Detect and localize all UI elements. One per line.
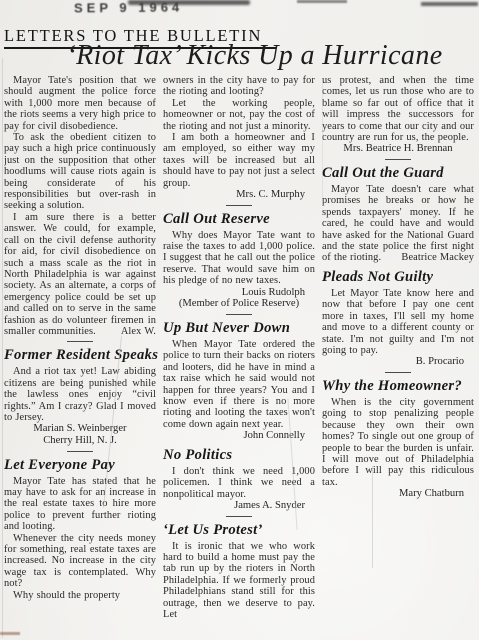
section-divider (385, 372, 411, 373)
letter-heading: Why the Homeowner? (322, 378, 474, 395)
section-divider (385, 159, 411, 160)
signature: James A. Snyder (163, 500, 315, 512)
section-divider (67, 341, 93, 342)
signature: Louis Rudolph (163, 287, 315, 299)
signature: (Member of Police Reserve) (163, 298, 315, 310)
section-divider (67, 451, 93, 452)
date-stamp: SEP 9 1964 (74, 0, 183, 15)
letter-paragraph: I am both a homeowner and I am employed,… (163, 132, 315, 189)
letter-paragraph: Mayor Tate's position that we should aug… (4, 75, 156, 132)
letter-paragraph: Why does Mayor Tate want to raise the ta… (163, 230, 315, 287)
ink-smudge (297, 0, 347, 3)
section-divider (226, 205, 252, 206)
signature: John Connelly (163, 430, 315, 442)
letter-paragraph: Let the working people, homeowner or not… (163, 98, 315, 132)
column-1: Mayor Tate's position that we should aug… (4, 75, 156, 620)
section-divider (226, 314, 252, 315)
signature: Mary Chatburn (322, 488, 474, 500)
letter-paragraph: Why should the property (4, 590, 156, 601)
letter-paragraph: When is the city government going to sto… (322, 397, 474, 488)
letter-paragraph: To ask the obedient citizen to pay such … (4, 132, 156, 212)
letter-heading: Former Resident Speaks (4, 347, 156, 364)
letter-paragraph: Whenever the city needs money for someth… (4, 533, 156, 590)
signature: Marian S. Weinberger (4, 423, 156, 435)
letter-paragraph: It is ironic that we who work hard to bu… (163, 541, 315, 621)
crease-mark (372, 466, 373, 568)
signature: Mrs. C. Murphy (163, 189, 315, 201)
columns: Mayor Tate's position that we should aug… (4, 75, 475, 620)
signature: Cherry Hill, N. J. (4, 435, 156, 447)
letter-heading: Call Out Reserve (163, 211, 315, 228)
letter-heading: Up But Never Down (163, 320, 315, 337)
letter-paragraph: us protest, and when the time comes, let… (322, 75, 474, 143)
letter-heading: ‘Let Us Protest’ (163, 522, 315, 539)
newspaper-clipping: SEP 9 1964 LETTERS TO THE BULLETIN ‘Riot… (0, 0, 479, 640)
stain-mark (0, 632, 20, 635)
column-3: us protest, and when the time comes, let… (322, 75, 474, 620)
ink-smudge (421, 2, 478, 6)
letter-paragraph: When Mayor Tate ordered the police to tu… (163, 339, 315, 430)
crease-mark (322, 80, 323, 198)
headline: ‘Riot Tax’ Kicks Up a Hurricane (30, 40, 479, 72)
letter-paragraph: I am sure there is a better answer. We c… (4, 212, 156, 337)
signature: Alex W. (108, 326, 156, 337)
letter-paragraph: Mayor Tate doesn't care what promises he… (322, 184, 474, 264)
signature: B. Procario (322, 356, 474, 368)
signature: Mrs. Beatrice H. Brennan (322, 143, 474, 155)
letter-heading: Pleads Not Guilty (322, 269, 474, 286)
letter-paragraph: And a riot tax yet! Law abiding citizens… (4, 366, 156, 423)
letter-heading: Let Everyone Pay (4, 457, 156, 474)
section-divider (226, 516, 252, 517)
letter-heading: Call Out the Guard (322, 165, 474, 182)
letter-paragraph: owners in the city have to pay for the r… (163, 75, 315, 98)
crease-mark (2, 58, 3, 638)
letter-paragraph: Let Mayor Tate know here and now that be… (322, 288, 474, 356)
letter-paragraph: Mayor Tate has stated that he may have t… (4, 476, 156, 533)
signature: Beatrice Mackey (388, 252, 474, 263)
column-2: owners in the city have to pay for the r… (163, 75, 315, 620)
